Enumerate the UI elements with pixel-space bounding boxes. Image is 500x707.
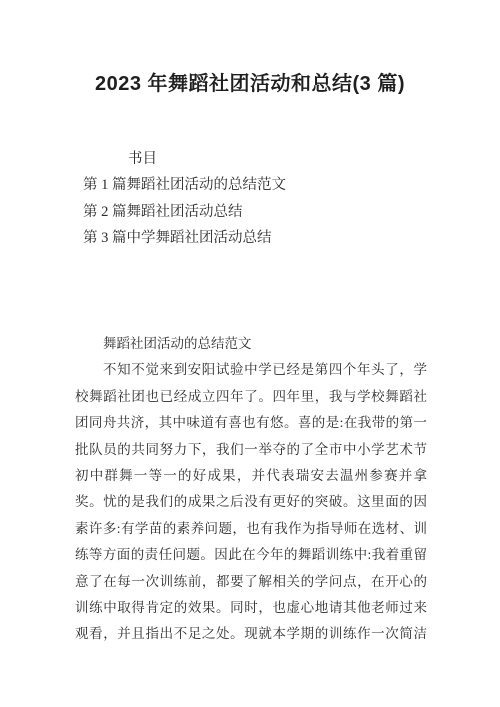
paragraph-line: 奖。忧的是我们的成果之后没有更好的突破。这里面的因	[75, 489, 427, 515]
section-heading: 舞蹈社团活动的总结范文	[75, 331, 427, 357]
paragraph-line: 意了在每一次训练前，都要了解相关的学问点，在开心的	[75, 569, 427, 595]
toc-item-2: 第 2 篇舞蹈社团活动总结	[83, 199, 463, 225]
paragraph-line: 观看，并且指出不足之处。现就本学期的训练作一次简洁	[75, 621, 427, 647]
paragraph-line: 团同舟共济，其中味道有喜也有悠。喜的是:在我带的第一	[75, 410, 427, 436]
section-body: 舞蹈社团活动的总结范文 不知不觉来到安阳试验中学已经是第四个年头了，学 校舞蹈社…	[75, 331, 427, 648]
table-of-contents: 书目 第 1 篇舞蹈社团活动的总结范文 第 2 篇舞蹈社团活动总结 第 3 篇中…	[83, 146, 463, 252]
document-page: 2023 年舞蹈社团活动和总结(3 篇) 书目 第 1 篇舞蹈社团活动的总结范文…	[0, 0, 500, 707]
document-title: 2023 年舞蹈社团活动和总结(3 篇)	[0, 70, 500, 98]
toc-item-1: 第 1 篇舞蹈社团活动的总结范文	[83, 172, 463, 198]
toc-header: 书目	[83, 146, 463, 172]
toc-item-3: 第 3 篇中学舞蹈社团活动总结	[83, 225, 463, 251]
paragraph-line: 初中群舞一等一的好成果，并代表瑞安去温州参赛并拿	[75, 463, 427, 489]
paragraph-line: 批队员的共同努力下，我们一举夺的了全市中小学艺术节	[75, 437, 427, 463]
paragraph-line: 素许多:有学苗的素养问题，也有我作为指导师在选材、训	[75, 516, 427, 542]
paragraph-line: 练等方面的责任问题。因此在今年的舞蹈训练中:我着重留	[75, 542, 427, 568]
paragraph-line: 不知不觉来到安阳试验中学已经是第四个年头了，学	[75, 357, 427, 383]
paragraph-line: 校舞蹈社团也已经成立四年了。四年里，我与学校舞蹈社	[75, 384, 427, 410]
paragraph-line: 训练中取得肯定的效果。同时，也虚心地请其他老师过来	[75, 595, 427, 621]
